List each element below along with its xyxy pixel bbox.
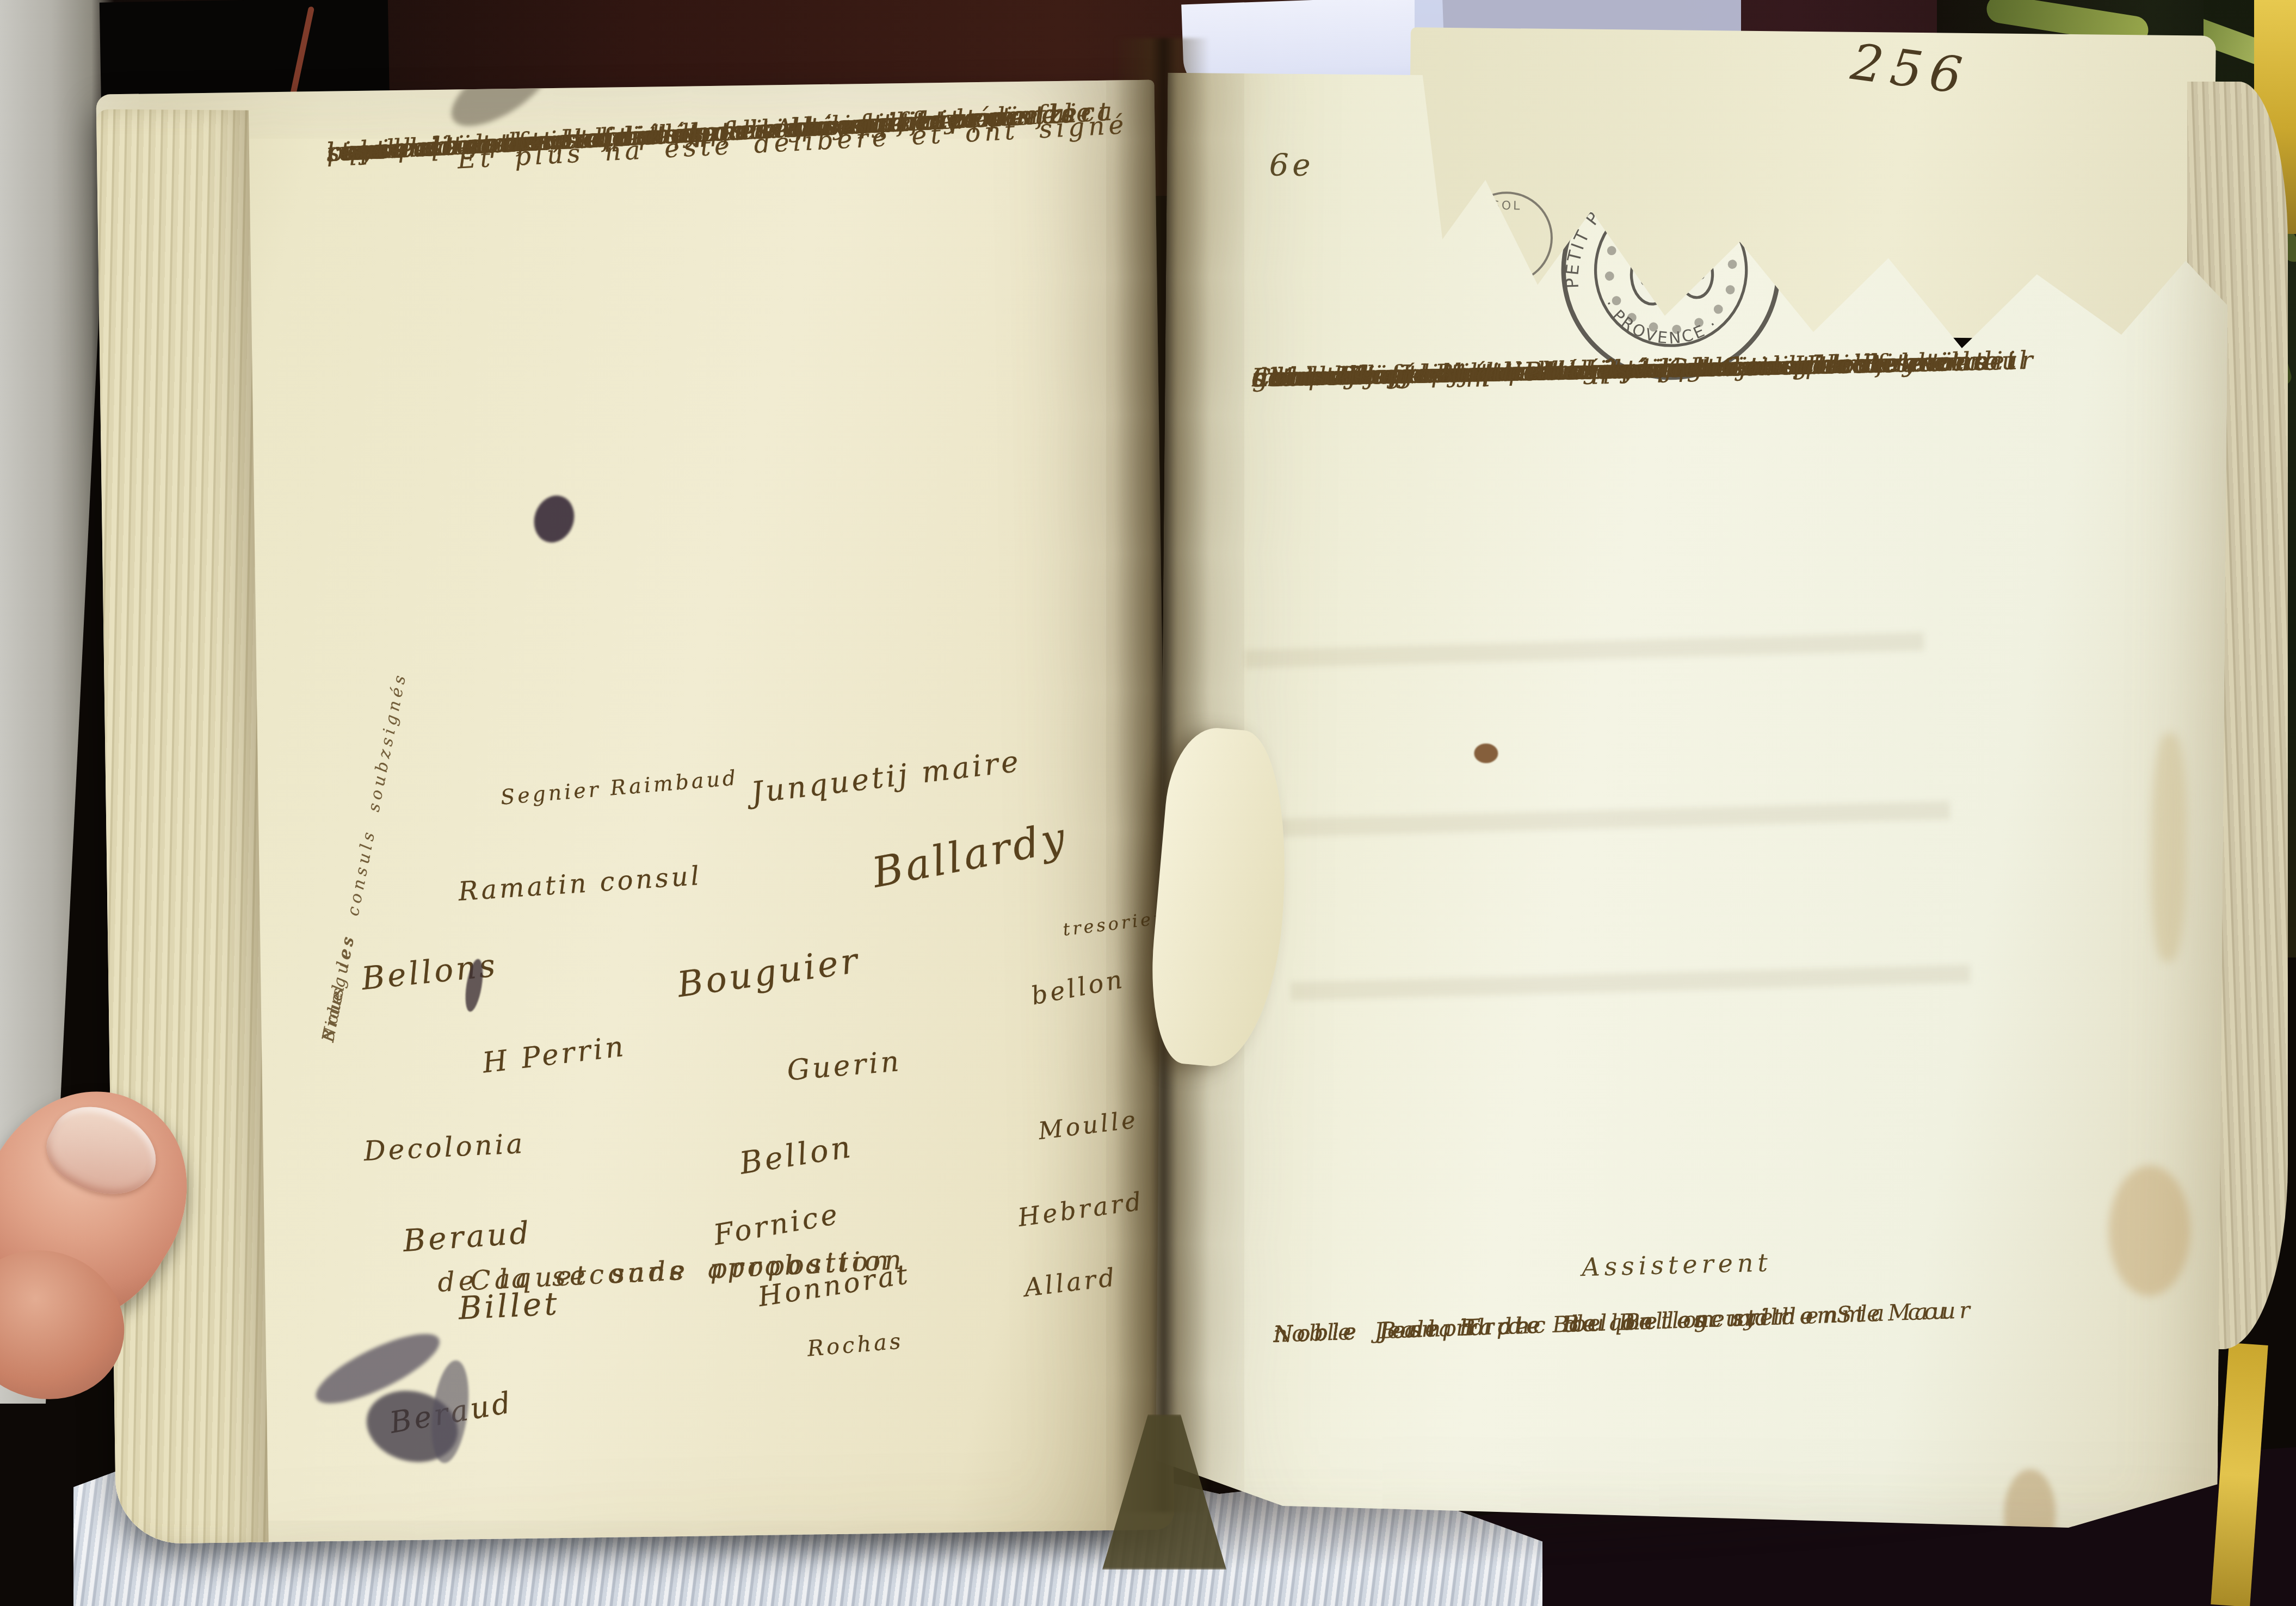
- ink-smudge: [427, 1358, 474, 1466]
- assistant-line: noble Jean Bapte de Bellon sr de St Mau: [1273, 1289, 1951, 1356]
- holding-thumb: [0, 1023, 218, 1382]
- signature: Bouguier: [675, 941, 863, 1005]
- page-number-256: 256: [1848, 33, 1973, 106]
- paper-stain: [2108, 1165, 2191, 1296]
- signature: Guerin: [786, 1045, 903, 1087]
- ink-blot: [528, 490, 581, 548]
- assistants-heading: Assisterent: [1582, 1247, 1773, 1282]
- assistants-list: Noble Joseph de Bouquet gentilhomme Nobl…: [1273, 1280, 2208, 1313]
- signature: Segnier Raimbaud: [499, 765, 739, 810]
- signature: Bellon: [737, 1129, 855, 1181]
- signature: Rochas: [806, 1329, 904, 1362]
- signature: Junquetij maire: [749, 744, 1023, 810]
- ink-showthrough: [1290, 965, 1970, 1001]
- manuscript-line: Conseil: [1251, 355, 1369, 397]
- paper-stain: [2150, 733, 2187, 962]
- signature: Allard: [1023, 1262, 1119, 1302]
- signature: Ramatin consul: [457, 861, 702, 907]
- signature: Ballardy: [868, 812, 1071, 897]
- signature: H Perrin: [481, 1030, 628, 1080]
- corner-mark: 6e: [1269, 147, 1314, 183]
- ink-showthrough: [1244, 632, 1924, 669]
- left-page: luy protestera de luy faire supporter to…: [96, 80, 1174, 1545]
- ink-showthrough: [1270, 801, 1950, 837]
- left-page-text-block: luy protestera de luy faire supporter to…: [325, 90, 1157, 133]
- signature: bellon: [1029, 964, 1127, 1011]
- signature: Decolonia: [363, 1128, 526, 1167]
- paper-stain: [2004, 1469, 2056, 1529]
- ink-blot: [1474, 743, 1498, 763]
- manuscript-photo-scene: 256 SOL luy protestera de luy faire supp…: [0, 0, 2296, 1606]
